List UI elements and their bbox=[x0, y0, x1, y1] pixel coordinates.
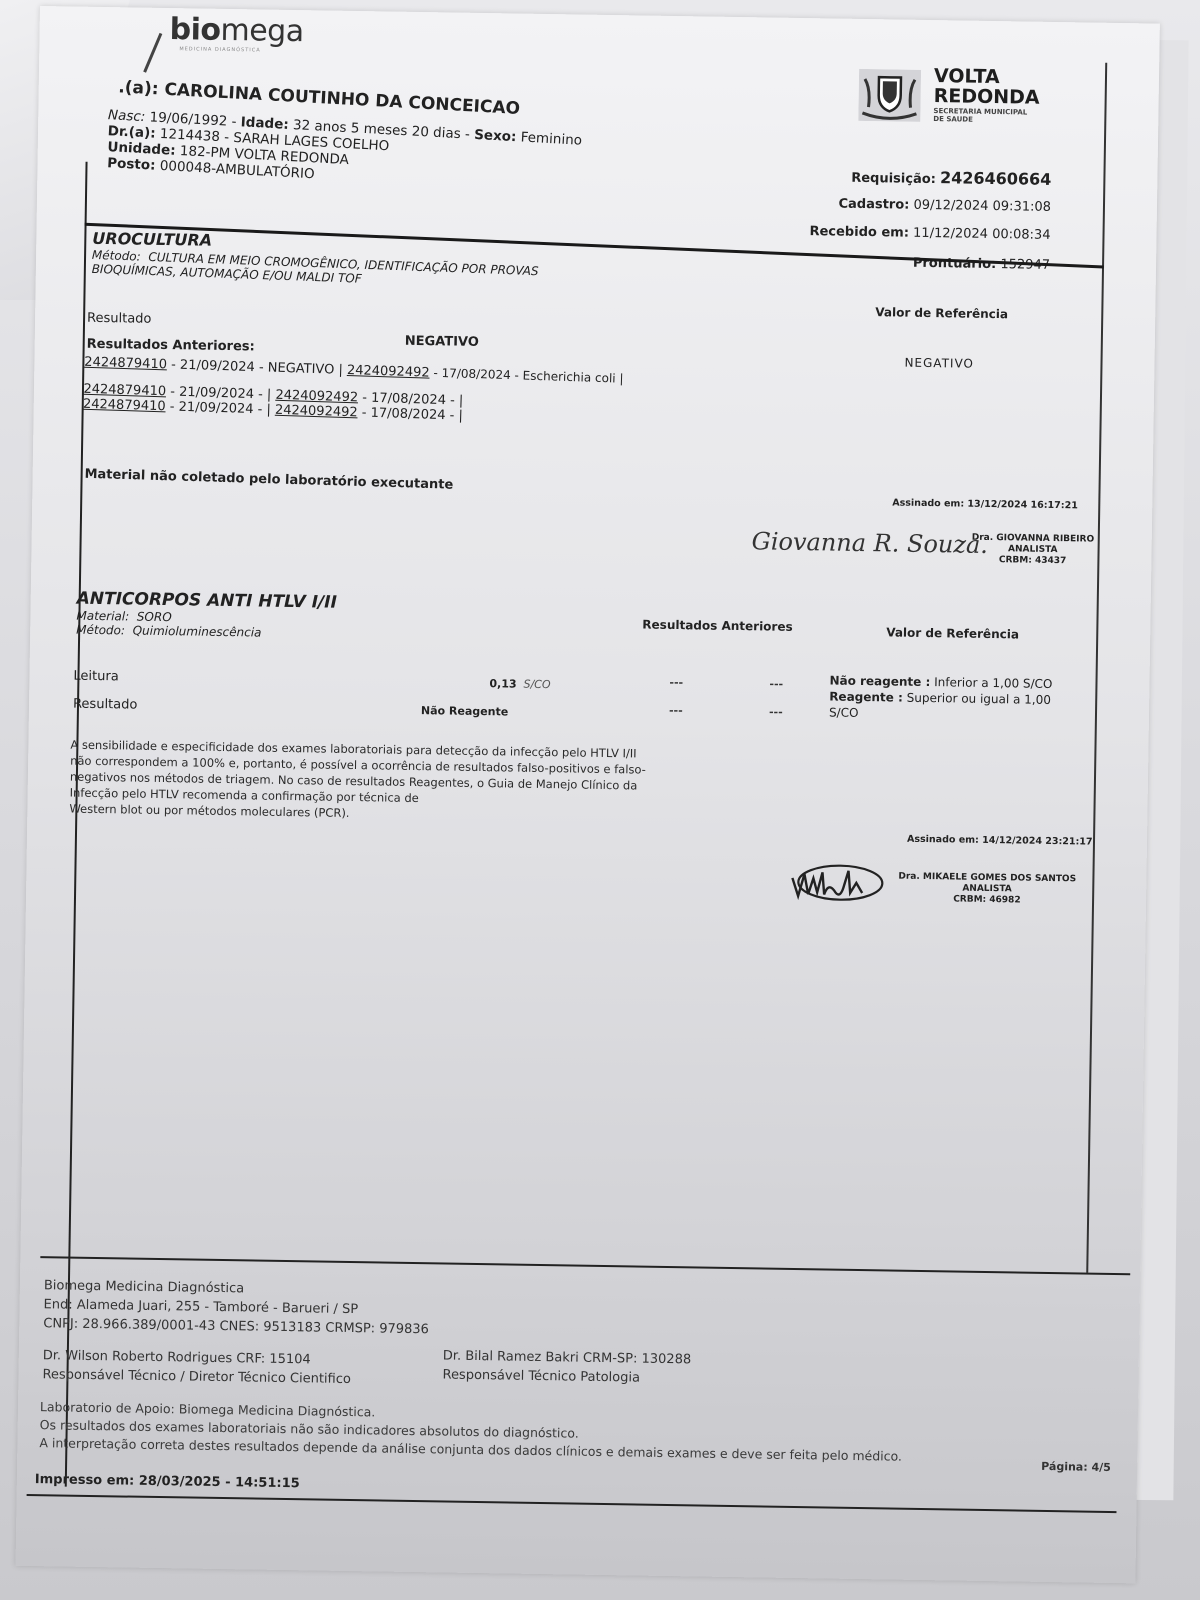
page-number: Página: 4/5 bbox=[1041, 1460, 1111, 1474]
htlv-reference-header: Valor de Referência bbox=[886, 625, 1019, 641]
htlv-result-prev2: --- bbox=[769, 706, 783, 719]
footer-responsible-1: Dr. Wilson Roberto Rodrigues CRF: 15104 … bbox=[42, 1346, 351, 1389]
htlv-reference-values: Não reagente : Inferior a 1,00 S/CO Reag… bbox=[829, 672, 1053, 723]
logo-tagline: MEDICINA DIAGNÓSTICA bbox=[179, 46, 260, 53]
footer-responsible-2: Dr. Bilal Ramez Bakri CRM-SP: 130288 Res… bbox=[442, 1346, 691, 1388]
htlv-reading-label: Leitura bbox=[73, 669, 119, 685]
htlv-previous-header: Resultados Anteriores bbox=[642, 618, 793, 634]
received-date: Recebido em: 11/12/2024 00:08:34 bbox=[809, 224, 1050, 243]
htlv-reading-prev1: --- bbox=[669, 676, 683, 689]
previous-result-link[interactable]: 2424879410 bbox=[84, 355, 167, 373]
previous-result-link[interactable]: 2424092492 bbox=[275, 403, 358, 421]
volta-redonda-crest-icon bbox=[858, 69, 921, 122]
signature-giovanna: Giovanna R. Souza. bbox=[751, 527, 988, 559]
logo-slash-mark bbox=[143, 33, 162, 73]
htlv-result-prev1: --- bbox=[669, 704, 683, 717]
footer-bottom-rule bbox=[27, 1494, 1117, 1513]
municipality-name: VOLTAREDONDA bbox=[934, 66, 1041, 108]
htlv-reading-prev2: --- bbox=[769, 678, 783, 691]
urocultura-signer: Dra. GIOVANNA RIBEIROANALISTACRBM: 43437 bbox=[971, 533, 1094, 568]
urocultura-result-value: NEGATIVO bbox=[405, 334, 479, 350]
printed-at: Impresso em: 28/03/2025 - 14:51:15 bbox=[35, 1472, 300, 1491]
htlv-result-label: Resultado bbox=[73, 697, 138, 713]
requisition: Requisição: 2426460664 bbox=[851, 167, 1051, 189]
previous-results-list: 2424879410 - 21/09/2024 - NEGATIVO | 242… bbox=[83, 355, 624, 429]
htlv-disclaimer: A sensibilidade e especificidade dos exa… bbox=[69, 737, 646, 826]
biomega-logo: biomega bbox=[169, 12, 304, 49]
previous-result-link[interactable]: 2424092492 bbox=[347, 363, 430, 381]
previous-result-row: 2424879410 - 21/09/2024 - NEGATIVO | 242… bbox=[84, 355, 624, 387]
htlv-signed-at: Assinado em: 14/12/2024 23:21:17 bbox=[907, 834, 1093, 848]
urocultura-reference-value: NEGATIVO bbox=[904, 356, 974, 371]
htlv-result-value: Não Reagente bbox=[421, 704, 508, 718]
lab-report-page: biomega MEDICINA DIAGNÓSTICA .(a): CAROL… bbox=[15, 6, 1159, 1583]
urocultura-result-label: Resultado bbox=[87, 311, 152, 327]
htlv-signer: Dra. MIKAELE GOMES DOS SANTOSANALISTACRB… bbox=[898, 872, 1076, 908]
municipality-subtitle: SECRETARIA MUNICIPALDE SAUDE bbox=[933, 107, 1027, 124]
frame-right-border bbox=[1086, 63, 1107, 1273]
urocultura-signed-at: Assinado em: 13/12/2024 16:17:21 bbox=[892, 497, 1078, 511]
htlv-reading-value: 0,13 S/CO bbox=[489, 677, 550, 691]
registration-date: Cadastro: 09/12/2024 09:31:08 bbox=[838, 197, 1051, 215]
material-note: Material não coletado pelo laboratório e… bbox=[84, 467, 453, 493]
urocultura-section: UROCULTURA Método: CULTURA EM MEIO CROMO… bbox=[92, 229, 540, 283]
previous-result-link[interactable]: 2424879410 bbox=[83, 397, 166, 415]
previous-results-label: Resultados Anteriores: bbox=[87, 337, 255, 355]
footer-lab-info: Biomega Medicina Diagnóstica End: Alamed… bbox=[43, 1276, 429, 1339]
urocultura-reference-header: Valor de Referência bbox=[875, 305, 1008, 321]
htlv-method: Método: Quimioluminescência bbox=[76, 623, 336, 641]
htlv-section: ANTICORPOS ANTI HTLV I/II Material: SORO… bbox=[76, 589, 337, 641]
footer-divider bbox=[40, 1256, 1130, 1275]
footer-notices: Laboratorio de Apoio: Biomega Medicina D… bbox=[39, 1398, 902, 1466]
signature-mikaele-icon bbox=[786, 862, 887, 908]
